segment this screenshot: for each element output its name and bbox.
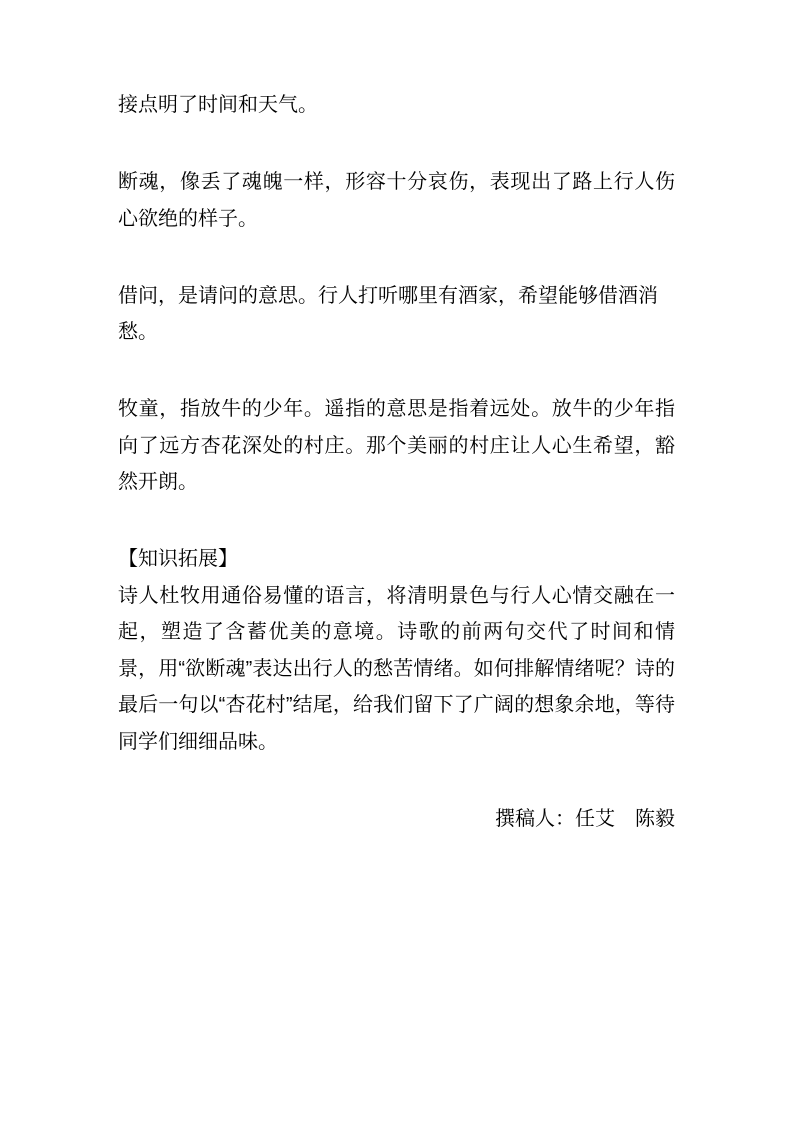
paragraph-knowledge-expansion-body: 诗人杜牧用通俗易懂的语言，将清明景色与行人心情交融在一起，塑造了含蓄优美的意境。… <box>118 578 675 761</box>
paragraph-mutong-explanation: 牧童，指放牛的少年。遥指的意思是指着远处。放牛的少年指向了远方杏花深处的村庄。那… <box>118 391 675 501</box>
paragraph-jiewen-explanation: 借问，是请问的意思。行人打听哪里有酒家，希望能够借酒消愁。 <box>118 278 675 351</box>
paragraph-duanhun-explanation: 断魂，像丢了魂魄一样，形容十分哀伤，表现出了路上行人伤心欲绝的样子。 <box>118 164 675 237</box>
document-page: 接点明了时间和天气。 断魂，像丢了魂魄一样，形容十分哀伤，表现出了路上行人伤心欲… <box>0 0 793 1123</box>
section-heading-knowledge-expansion: 【知识拓展】 <box>118 541 675 578</box>
paragraph-time-weather: 接点明了时间和天气。 <box>118 87 675 124</box>
signature-line: 撰稿人：任艾 陈毅 <box>118 801 675 838</box>
